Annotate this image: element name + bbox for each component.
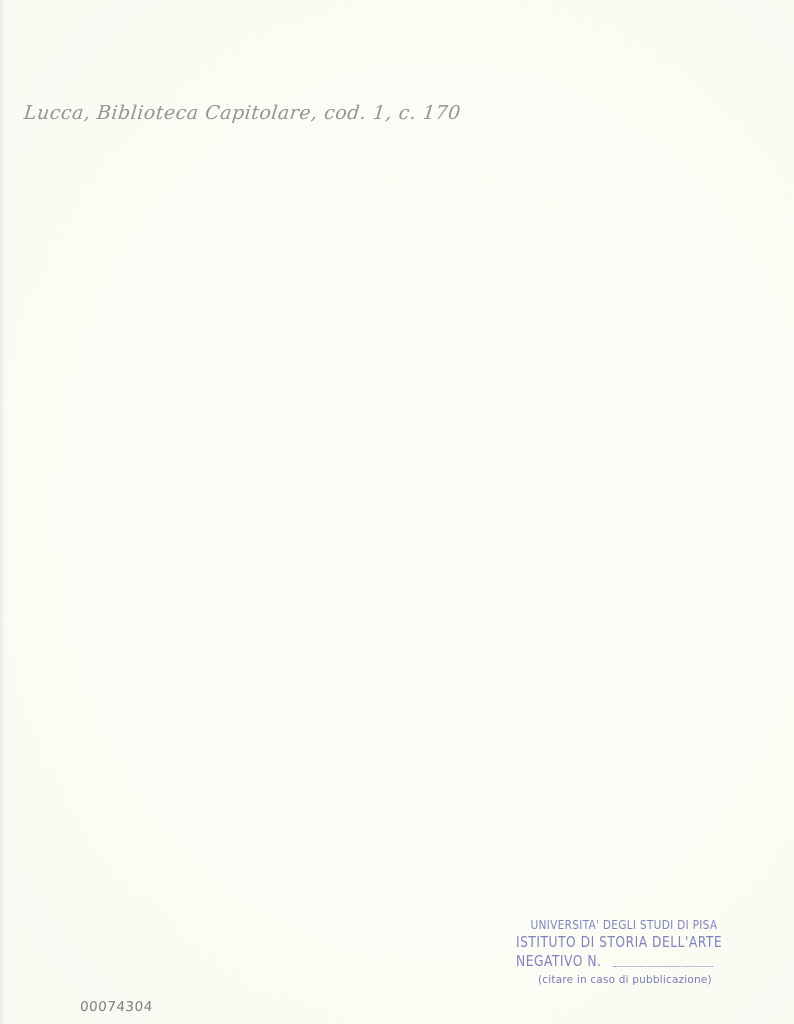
scan-edge: [0, 0, 5, 1024]
stamp-negative-row: NEGATIVO N.: [516, 952, 713, 971]
paper-background: [5, 0, 794, 1024]
inventory-number: 00074304: [79, 999, 153, 1015]
stamp-negative-label: NEGATIVO N.: [516, 952, 601, 971]
stamp-citation-note: (citare in caso di pubblicazione): [516, 971, 756, 989]
stamp-institute: ISTITUTO DI STORIA DELL'ARTE: [516, 933, 713, 952]
stamp-negative-blank-line: [613, 966, 713, 967]
institution-stamp: UNIVERSITA' DEGLI STUDI DI PISA ISTITUTO…: [516, 917, 756, 989]
handwritten-caption: Lucca, Biblioteca Capitolare, cod. 1, c.…: [23, 102, 462, 124]
stamp-university: UNIVERSITA' DEGLI STUDI DI PISA: [516, 917, 720, 933]
